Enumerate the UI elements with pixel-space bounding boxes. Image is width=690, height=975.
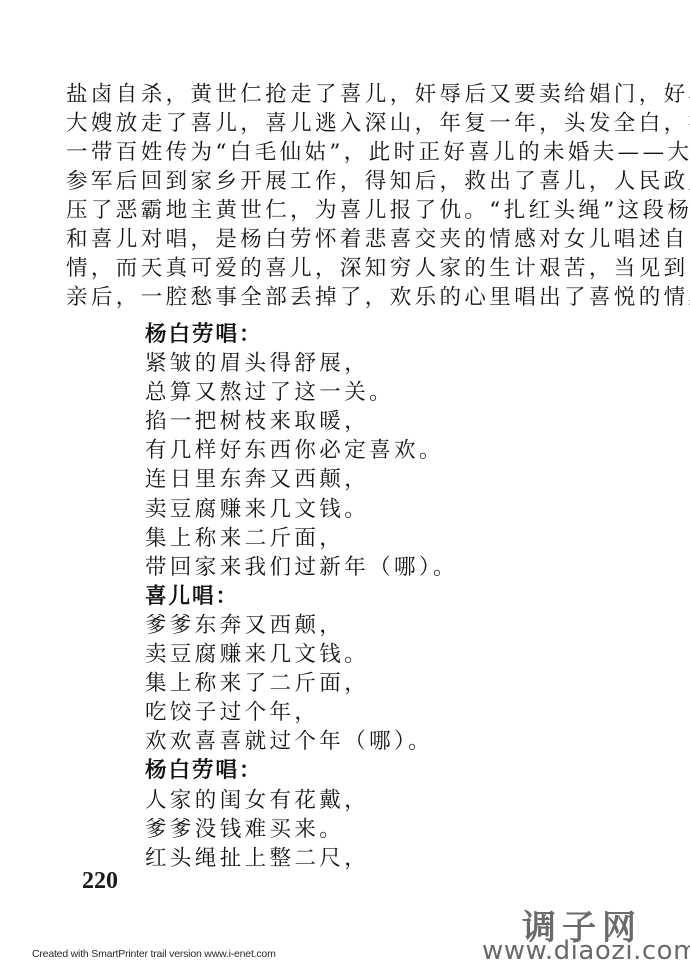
lyric-line: 卖豆腐赚来几文钱。 [145,495,565,524]
lyric-line: 爹爹没钱难买来。 [145,815,565,844]
paragraph-line: 亲后，一腔愁事全部丢掉了，欢乐的心里唱出了喜悦的情感。 [66,283,632,312]
lyrics-verse: 杨白劳唱： 紧皱的眉头得舒展， 总算又熬过了这一关。 掐一把树枝来取暖， 有几样… [145,320,565,873]
speaker-label: 杨白劳唱： [145,756,565,785]
lyric-line: 卖豆腐赚来几文钱。 [145,640,565,669]
lyric-line: 连日里东奔又西颠， [145,465,565,494]
paragraph-line: 压了恶霸地主黄世仁，为喜儿报了仇。“扎红头绳”这段杨白劳 [66,196,632,225]
lyric-line: 掐一把树枝来取暖， [145,407,565,436]
lyric-line: 带回家来我们过新年（哪）。 [145,553,565,582]
paragraph-line: 和喜儿对唱，是杨白劳怀着悲喜交夹的情感对女儿唱述自己心 [66,225,632,254]
lyric-line: 吃饺子过个年， [145,698,565,727]
lyric-line: 爹爹东奔又西颠， [145,611,565,640]
paragraph-line: 情，而天真可爱的喜儿，深知穷人家的生计艰苦，当见到了父 [66,254,632,283]
lyric-line: 总算又熬过了这一关。 [145,378,565,407]
watermark-url: www.diaozi.com [482,936,690,966]
paragraph-line: 盐卤自杀，黄世仁抢走了喜儿，奸辱后又要卖给娼门，好心的 [66,80,632,109]
page-number: 220 [82,868,118,895]
lyric-line: 紧皱的眉头得舒展， [145,349,565,378]
paragraph-line: 一带百姓传为“白毛仙姑”，此时正好喜儿的未婚夫——大春， [66,138,632,167]
speaker-label: 杨白劳唱： [145,320,565,349]
intro-paragraph: 盐卤自杀，黄世仁抢走了喜儿，奸辱后又要卖给娼门，好心的 大嫂放走了喜儿，喜儿逃入… [66,80,632,312]
lyric-line: 集上称来了二斤面， [145,669,565,698]
paragraph-line: 参军后回到家乡开展工作，得知后，救出了喜儿，人民政府镇 [66,167,632,196]
footer-credit: Created with SmartPrinter trail version … [32,948,276,960]
lyric-line: 集上称来二斤面， [145,524,565,553]
lyric-line: 有几样好东西你必定喜欢。 [145,436,565,465]
lyric-line: 欢欢喜喜就过个年（哪）。 [145,727,565,756]
lyric-line: 人家的闺女有花戴， [145,786,565,815]
lyric-line: 红头绳扯上整二尺， [145,844,565,873]
paragraph-line: 大嫂放走了喜儿，喜儿逃入深山，年复一年，头发全白，被这 [66,109,632,138]
speaker-label: 喜儿唱： [145,582,565,611]
